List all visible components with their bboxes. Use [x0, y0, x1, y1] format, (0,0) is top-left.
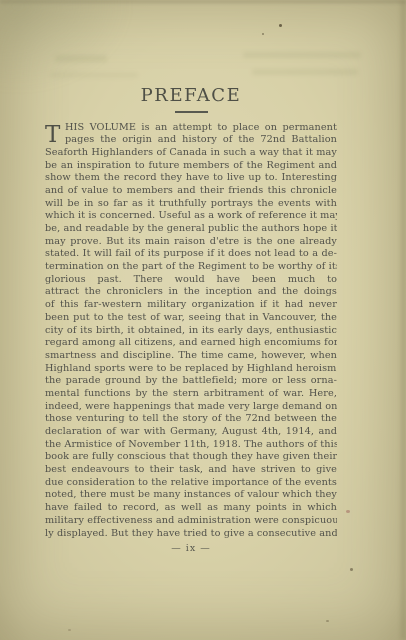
- text-line: have failed to record, as well as many p…: [45, 502, 337, 515]
- text-line: city of its birth, it obtained, in its e…: [45, 325, 337, 338]
- text-line: which it is concerned. Useful as a work …: [45, 210, 337, 223]
- text-line: attract the chroniclers in the inception…: [45, 286, 337, 299]
- paper-speck: [68, 629, 71, 631]
- text-line: Seaforth Highlanders of Canada in such a…: [45, 147, 337, 160]
- title-rule: [175, 111, 208, 113]
- text-line: smartness and discipline. The time came,…: [45, 350, 337, 363]
- page-title: PREFACE: [45, 87, 337, 105]
- text-line: will be in so far as it truthfully portr…: [45, 198, 337, 211]
- text-line: declaration of war with Germany, August …: [45, 426, 337, 439]
- bleed-through-artifact: [252, 69, 358, 75]
- text-line: HIS VOLUME is an attempt to place on per…: [65, 122, 337, 135]
- page-number: — ix —: [45, 543, 337, 554]
- body-lines: HIS VOLUME is an attempt to place on per…: [45, 122, 337, 541]
- text-line: pages the origin and history of the 72nd…: [65, 134, 337, 147]
- text-line: Highland sports were to be replaced by H…: [45, 363, 337, 376]
- paper-speck: [326, 620, 329, 622]
- text-line: mental functions by the stern arbitramen…: [45, 388, 337, 401]
- text-line: due consideration to the relative import…: [45, 477, 337, 490]
- text-line: may prove. But its main raison d'etre is…: [45, 236, 337, 249]
- bleed-through-artifact: [243, 52, 361, 58]
- text-line: be, and readable by the general public t…: [45, 223, 337, 236]
- text-line: show them the record they have to live u…: [45, 172, 337, 185]
- text-line: and of value to members and their friend…: [45, 185, 337, 198]
- text-line: be an inspiration to future members of t…: [45, 160, 337, 173]
- text-line: noted, there must be many instances of v…: [45, 489, 337, 502]
- text-line: book are fully conscious that though the…: [45, 451, 337, 464]
- page-right-edge-shadow: [401, 0, 406, 640]
- text-line: termination on the part of the Regiment …: [45, 261, 337, 274]
- paper-speck: [350, 568, 353, 571]
- paper-speck: [279, 24, 282, 27]
- scanned-book-page: PREFACE T HIS VOLUME is an attempt to pl…: [0, 0, 406, 640]
- text-line: those venturing to tell the story of the…: [45, 413, 337, 426]
- text-line: of this far-western military organizatio…: [45, 299, 337, 312]
- text-column: PREFACE T HIS VOLUME is an attempt to pl…: [45, 87, 337, 540]
- text-line: regard among all citizens, and earned hi…: [45, 337, 337, 350]
- preface-body: T HIS VOLUME is an attempt to place on p…: [45, 122, 337, 541]
- bleed-through-artifact: [55, 55, 107, 62]
- text-line: the Armistice of November 11th, 1918. Th…: [45, 439, 337, 452]
- text-line: stated. It will fail of its purpose if i…: [45, 248, 337, 261]
- paper-speck: [346, 510, 350, 513]
- text-line: been put to the test of war, seeing that…: [45, 312, 337, 325]
- text-line: ly displayed. But they have tried to giv…: [45, 528, 337, 541]
- text-line: best endeavours to their task, and have …: [45, 464, 337, 477]
- bleed-through-artifact: [50, 72, 138, 78]
- paper-speck: [262, 33, 264, 35]
- drop-cap: T: [45, 123, 61, 147]
- text-line: glorious past. There would have been muc…: [45, 274, 337, 287]
- text-line: indeed, were happenings that made very l…: [45, 401, 337, 414]
- text-line: military effectiveness and administratio…: [45, 515, 337, 528]
- text-line: the parade ground by the battlefield; mo…: [45, 375, 337, 388]
